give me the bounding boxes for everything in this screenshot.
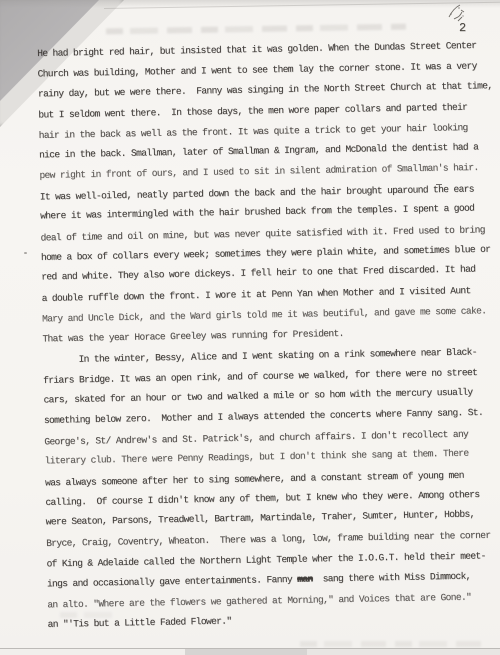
top-edge-shadow (0, 0, 500, 8)
scanned-page: 2 He had bright red hair, but insisted t… (0, 0, 500, 655)
stray-dash-mark (436, 184, 442, 185)
bottom-page-edge (0, 648, 500, 655)
ink-speck (24, 252, 27, 254)
text-block: He had bright red hair, but insisted tha… (37, 35, 500, 635)
page-number: 2 (459, 21, 466, 35)
under-sheet-segment (185, 649, 307, 655)
under-sheet-segment (307, 649, 500, 655)
